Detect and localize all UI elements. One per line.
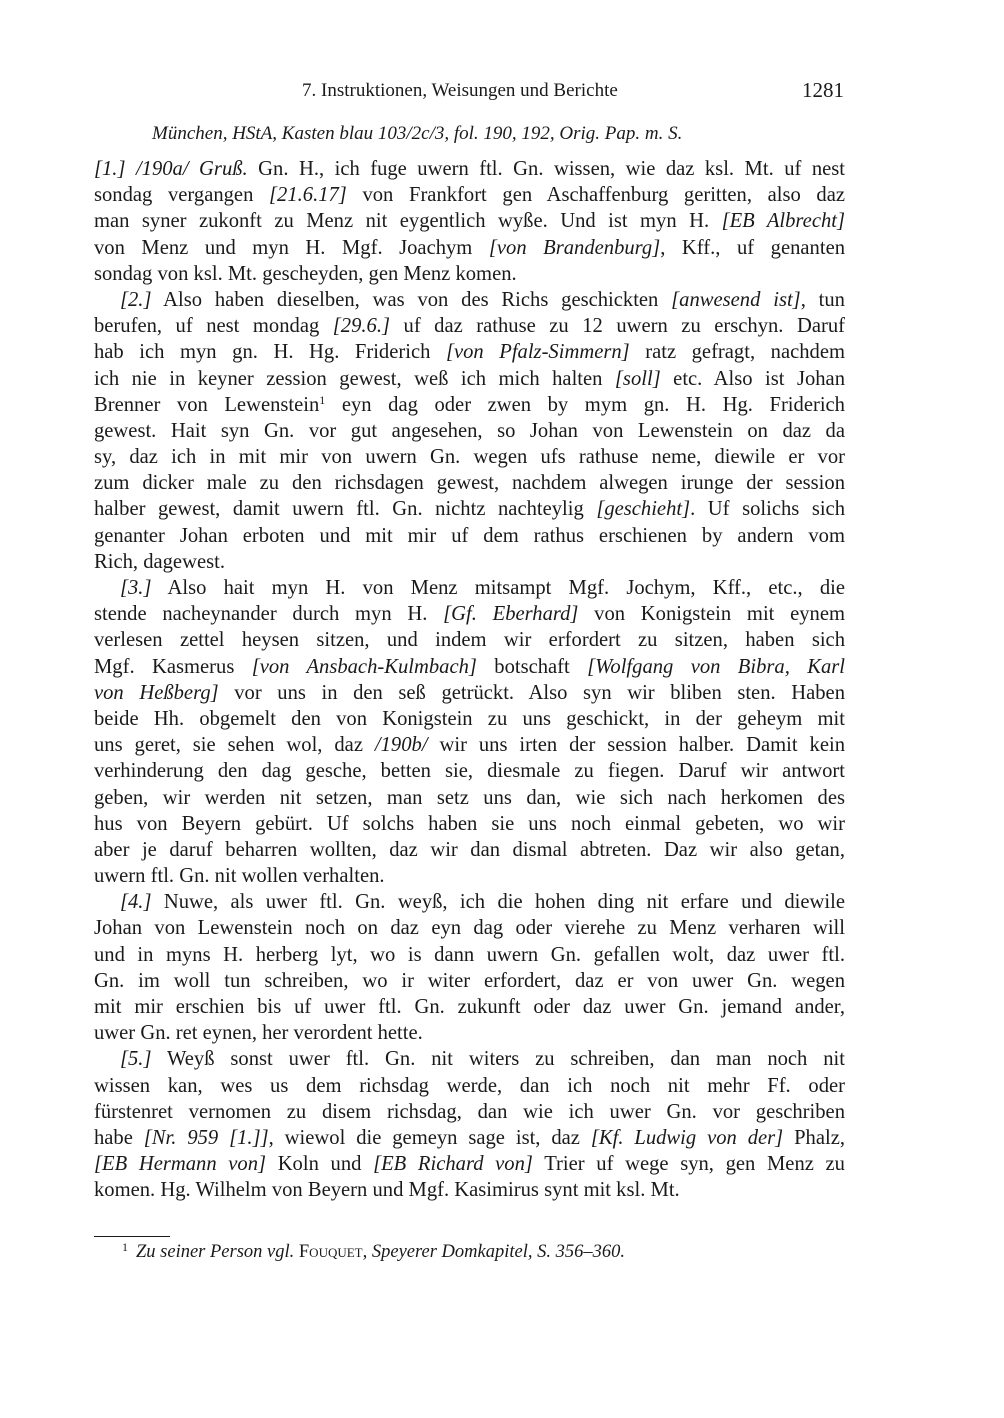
- editorial-insertion: [von Ansbach-Kulmbach]: [252, 656, 477, 678]
- footnote-author: Fouquet: [299, 1242, 363, 1262]
- text-run: vor uns in den seß getrückt. Also syn wi…: [219, 682, 845, 704]
- text-run: , wiewol die gemeyn sage ist, daz: [269, 1127, 591, 1149]
- text-run: beide Hh. obgemelt den von Konigstein zu…: [94, 708, 845, 730]
- editorial-insertion: [Nr. 959 [1.]]: [144, 1127, 269, 1149]
- text-run: aber je daruf beharren wollten, daz wir …: [94, 839, 845, 861]
- text-run: gewest. Hait syn Gn. vor gut angesehen, …: [94, 420, 845, 442]
- text-line: Brenner von Lewenstein1 eyn dag oder zwe…: [94, 392, 845, 418]
- text-line: Mgf. Kasmerus [von Ansbach-Kulmbach] bot…: [94, 654, 845, 680]
- editorial-insertion: [anwesend ist]: [671, 289, 801, 311]
- text-line: komen. Hg. Wilhelm von Beyern und Mgf. K…: [94, 1177, 845, 1203]
- text-run: Johan von Lewenstein noch on daz eyn dag…: [94, 917, 845, 939]
- text-line: berufen, uf nest mondag [29.6.] uf daz r…: [94, 313, 845, 339]
- paragraph-2: [2.] Also haben dieselben, was von des R…: [94, 287, 845, 575]
- text-line: verlesen zettel heysen sitzen, und indem…: [94, 627, 845, 653]
- text-run: Nuwe, als uwer ftl. Gn. weyß, ich die ho…: [151, 891, 845, 913]
- text-run: Rich, dagewest.: [94, 551, 225, 573]
- text-run: von Frankfort gen Aschaffenburg geritten…: [347, 184, 845, 206]
- text-run: , Kff., uf genanten: [660, 237, 845, 259]
- text-line: von Menz und myn H. Mgf. Joachym [von Br…: [94, 235, 845, 261]
- text-line: ich nie in keyner zession gewest, weß ic…: [94, 366, 845, 392]
- text-line: hab ich myn gn. H. Hg. Friderich [von Pf…: [94, 339, 845, 365]
- text-line: genanter Johan erboten und mit mir uf de…: [94, 523, 845, 549]
- text-line: von Heßberg] vor uns in den seß getrückt…: [94, 680, 845, 706]
- text-run: uns geret, sie sehen wol, daz: [94, 734, 375, 756]
- editorial-insertion: [Gf. Eberhard]: [443, 603, 578, 625]
- editorial-insertion: [3.]: [120, 577, 151, 599]
- text-line: uwern ftl. Gn. nit wollen verhalten.: [94, 863, 845, 889]
- text-run: sondag vergangen: [94, 184, 269, 206]
- editorial-insertion: [2.]: [120, 289, 151, 311]
- text-run: Also hait myn H. von Menz mitsampt Mgf. …: [151, 577, 845, 599]
- text-line: hus von Beyern gebürt. Uf solchs haben s…: [94, 811, 845, 837]
- text-run: . Uf solichs sich: [690, 498, 845, 520]
- text-run: botschaft: [477, 656, 587, 678]
- text-line: fürstenret vernomen zu disem richsdag, d…: [94, 1099, 845, 1125]
- text-run: eyn dag oder zwen by mym gn. H. Hg. Frid…: [325, 394, 845, 416]
- editorial-insertion: [Wolfgang von Bibra, Karl: [587, 656, 845, 678]
- document-body: [1.] /190a/ Gruß. Gn. H., ich fuge uwern…: [94, 156, 845, 1204]
- text-run: hus von Beyern gebürt. Uf solchs haben s…: [94, 813, 845, 835]
- text-run: Phalz,: [783, 1127, 845, 1149]
- text-line: gewest. Hait syn Gn. vor gut angesehen, …: [94, 418, 845, 444]
- editorial-insertion: [21.6.17]: [269, 184, 347, 206]
- text-run: uwer Gn. ret eynen, her verordent hette.: [94, 1022, 423, 1044]
- text-run: uwern ftl. Gn. nit wollen verhalten.: [94, 865, 385, 887]
- editorial-insertion: [1.] /190a/ Gruß.: [94, 158, 248, 180]
- text-line: geben, wir werden nit setzen, man setz u…: [94, 785, 845, 811]
- text-line: halber gewest, damit uwern ftl. Gn. nich…: [94, 496, 845, 522]
- text-run: ich nie in keyner zession gewest, weß ic…: [94, 368, 615, 390]
- editorial-insertion: [geschieht]: [596, 498, 690, 520]
- footnote-rest: , Speyerer Domkapitel, S. 356–360.: [363, 1242, 625, 1262]
- footnote-1: 1Zu seiner Person vgl. Fouquet, Speyerer…: [122, 1242, 625, 1263]
- text-run: Also haben dieselben, was von des Richs …: [151, 289, 671, 311]
- paragraph-4: [4.] Nuwe, als uwer ftl. Gn. weyß, ich d…: [94, 889, 845, 1046]
- text-line: [1.] /190a/ Gruß. Gn. H., ich fuge uwern…: [94, 156, 845, 182]
- text-line: mit mir erschien bis uf uwer ftl. Gn. zu…: [94, 994, 845, 1020]
- text-line: zum dicker male zu den richsdagen gewest…: [94, 470, 845, 496]
- paragraph-3: [3.] Also hait myn H. von Menz mitsampt …: [94, 575, 845, 889]
- text-run: Gn. H., ich fuge uwern ftl. Gn. wissen, …: [248, 158, 845, 180]
- text-line: habe [Nr. 959 [1.]], wiewol die gemeyn s…: [94, 1125, 845, 1151]
- text-run: Weyß sonst uwer ftl. Gn. nit witers zu s…: [151, 1048, 845, 1070]
- text-run: genanter Johan erboten und mit mir uf de…: [94, 525, 845, 547]
- text-line: Gn. im woll tun schreiben, wo ir witer e…: [94, 968, 845, 994]
- text-line: [4.] Nuwe, als uwer ftl. Gn. weyß, ich d…: [94, 889, 845, 915]
- text-run: Brenner von Lewenstein: [94, 394, 319, 416]
- text-line: uwer Gn. ret eynen, her verordent hette.: [94, 1020, 845, 1046]
- editorial-insertion: /190b/: [375, 734, 428, 756]
- text-line: [EB Hermann von] Koln und [EB Richard vo…: [94, 1151, 845, 1177]
- editorial-insertion: [von Pfalz-Simmern]: [446, 341, 630, 363]
- text-run: uf daz rathuse zu 12 uwern zu erschyn. D…: [390, 315, 845, 337]
- text-line: Johan von Lewenstein noch on daz eyn dag…: [94, 915, 845, 941]
- text-line: beide Hh. obgemelt den von Konigstein zu…: [94, 706, 845, 732]
- text-run: mit mir erschien bis uf uwer ftl. Gn. zu…: [94, 996, 845, 1018]
- text-run: hab ich myn gn. H. Hg. Friderich: [94, 341, 446, 363]
- text-line: Rich, dagewest.: [94, 549, 845, 575]
- editorial-insertion: von Heßberg]: [94, 682, 219, 704]
- paragraph-1: [1.] /190a/ Gruß. Gn. H., ich fuge uwern…: [94, 156, 845, 287]
- text-run: verlesen zettel heysen sitzen, und indem…: [94, 629, 845, 651]
- text-run: sondag von ksl. Mt. gescheyden, gen Menz…: [94, 263, 517, 285]
- archival-source: München, HStA, Kasten blau 103/2c/3, fol…: [152, 123, 682, 145]
- running-head: 7. Instruktionen, Weisungen und Berichte…: [0, 80, 1004, 106]
- text-line: sondag von ksl. Mt. gescheyden, gen Menz…: [94, 261, 845, 287]
- text-run: fürstenret vernomen zu disem richsdag, d…: [94, 1101, 845, 1123]
- editorial-insertion: [von Brandenburg]: [489, 237, 660, 259]
- text-run: geben, wir werden nit setzen, man setz u…: [94, 787, 845, 809]
- text-run: Koln und: [266, 1153, 373, 1175]
- text-run: habe: [94, 1127, 144, 1149]
- running-title: 7. Instruktionen, Weisungen und Berichte: [302, 80, 618, 102]
- text-line: wissen kan, wes us dem richsdag werde, d…: [94, 1073, 845, 1099]
- text-run: etc. Also ist Johan: [661, 368, 845, 390]
- text-line: man syner zukonft zu Menz nit eygentlich…: [94, 208, 845, 234]
- text-run: ratz gefragt, nachdem: [630, 341, 845, 363]
- text-run: verhinderung den dag gesche, betten sie,…: [94, 760, 845, 782]
- text-run: von Menz und myn H. Mgf. Joachym: [94, 237, 489, 259]
- editorial-insertion: [EB Albrecht]: [722, 210, 845, 232]
- text-line: sondag vergangen [21.6.17] von Frankfort…: [94, 182, 845, 208]
- editorial-insertion: [5.]: [120, 1048, 151, 1070]
- text-run: wissen kan, wes us dem richsdag werde, d…: [94, 1075, 845, 1097]
- text-run: zum dicker male zu den richsdagen gewest…: [94, 472, 845, 494]
- page-number: 1281: [802, 78, 844, 103]
- editorial-insertion: [EB Richard von]: [373, 1153, 533, 1175]
- text-run: halber gewest, damit uwern ftl. Gn. nich…: [94, 498, 596, 520]
- text-line: verhinderung den dag gesche, betten sie,…: [94, 758, 845, 784]
- editorial-insertion: [EB Hermann von]: [94, 1153, 266, 1175]
- editorial-insertion: [Kf. Ludwig von der]: [591, 1127, 783, 1149]
- text-run: wir uns irten der session halber. Damit …: [428, 734, 845, 756]
- footnote-prefix: Zu seiner Person vgl.: [136, 1242, 294, 1262]
- text-run: komen. Hg. Wilhelm von Beyern und Mgf. K…: [94, 1179, 680, 1201]
- text-run: berufen, uf nest mondag: [94, 315, 333, 337]
- footnote-number: 1: [122, 1240, 128, 1254]
- text-run: Gn. im woll tun schreiben, wo ir witer e…: [94, 970, 845, 992]
- text-run: , tun: [801, 289, 845, 311]
- text-line: uns geret, sie sehen wol, daz /190b/ wir…: [94, 732, 845, 758]
- text-run: Mgf. Kasmerus: [94, 656, 252, 678]
- editorial-insertion: [soll]: [615, 368, 661, 390]
- text-run: sy, daz ich in mit mir von uwern Gn. weg…: [94, 446, 845, 468]
- text-line: [3.] Also hait myn H. von Menz mitsampt …: [94, 575, 845, 601]
- editorial-insertion: [29.6.]: [333, 315, 390, 337]
- text-line: sy, daz ich in mit mir von uwern Gn. weg…: [94, 444, 845, 470]
- editorial-insertion: [4.]: [120, 891, 151, 913]
- text-run: und in myns H. herberg lyt, wo is dann u…: [94, 944, 845, 966]
- text-run: man syner zukonft zu Menz nit eygentlich…: [94, 210, 722, 232]
- text-run: Trier uf wege syn, gen Menz zu: [533, 1153, 845, 1175]
- text-line: aber je daruf beharren wollten, daz wir …: [94, 837, 845, 863]
- text-line: und in myns H. herberg lyt, wo is dann u…: [94, 942, 845, 968]
- text-line: [2.] Also haben dieselben, was von des R…: [94, 287, 845, 313]
- text-run: stende nacheynander durch myn H.: [94, 603, 443, 625]
- text-line: stende nacheynander durch myn H. [Gf. Eb…: [94, 601, 845, 627]
- text-run: von Konigstein mit eynem: [578, 603, 845, 625]
- footnote-rule: [94, 1236, 170, 1237]
- text-line: [5.] Weyß sonst uwer ftl. Gn. nit witers…: [94, 1046, 845, 1072]
- paragraph-5: [5.] Weyß sonst uwer ftl. Gn. nit witers…: [94, 1046, 845, 1203]
